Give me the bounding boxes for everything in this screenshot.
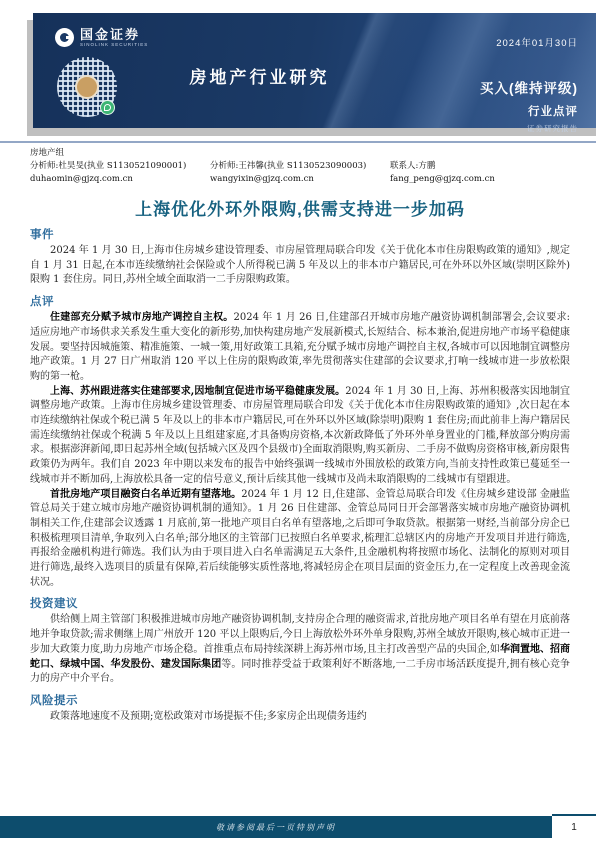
comment-paragraph-2: 上海、苏州跟进落实住建部要求,因地制宜促进市场平稳健康发展。2024 年 1 月…: [30, 385, 570, 488]
wechat-icon: [100, 100, 115, 115]
contact-person: 联系人:方鹏 fang_peng@gjzq.com.cn: [390, 160, 586, 186]
risk-paragraph: 政策落地速度不及预期;宽松政策对市场提振不佳;多家房企出现债务违约: [30, 710, 570, 725]
section-heading-event: 事件: [30, 226, 570, 242]
analyst-2: 分析师:王祎馨(执业 S1130523090003) wangyixin@gjz…: [210, 160, 390, 186]
brand: 国金证券 SINOLINK SECURITIES: [55, 28, 148, 48]
analyst-1-label: 分析师:杜昊旻(执业 S1130521090001): [30, 160, 210, 173]
paragraph-lead: 上海、苏州跟进落实住建部要求,因地制宜促进市场平稳健康发展。: [50, 386, 345, 397]
report-footer: 敬请参阅最后一页特别声明 1: [0, 814, 596, 838]
report-date: 2024年01月30日: [480, 35, 578, 49]
header-divider: [0, 141, 596, 143]
brand-name-en: SINOLINK SECURITIES: [80, 43, 148, 48]
section-heading-risk: 风险提示: [30, 692, 570, 708]
comment-paragraph-1: 住建部充分赋予城市房地产调控自主权。2024 年 1 月 26 日,住建部召开城…: [30, 311, 570, 385]
page-number: 1: [552, 814, 596, 838]
contact-label: 联系人:方鹏: [390, 160, 586, 173]
analyst-2-email: wangyixin@gjzq.com.cn: [210, 173, 390, 186]
analyst-block: 房地产组 分析师:杜昊旻(执业 S1130521090001) duhaomin…: [30, 147, 586, 186]
report-header: 国金证券 SINOLINK SECURITIES 房地产行业研究 2024年01…: [33, 13, 596, 128]
footer-disclaimer: 敬请参阅最后一页特别声明: [0, 816, 552, 838]
report-page: 国金证券 SINOLINK SECURITIES 房地产行业研究 2024年01…: [0, 0, 596, 842]
report-type: 行业点评: [480, 103, 578, 119]
section-heading-advice: 投资建议: [30, 595, 570, 611]
event-paragraph: 2024 年 1 月 30 日,上海市住房城乡建设管理委、市房屋管理局联合印发《…: [30, 244, 570, 288]
advice-paragraph: 供给侧上周主管部门积极推进城市房地产融资协调机制,支持房企合理的融资需求,首批房…: [30, 613, 570, 687]
report-body: 上海优化外环外限购,供需支持进一步加码 事件 2024 年 1 月 30 日,上…: [30, 195, 570, 725]
page-title: 上海优化外环外限购,供需支持进一步加码: [30, 195, 570, 220]
report-category: 证券研究报告: [480, 123, 578, 134]
section-heading-comment: 点评: [30, 293, 570, 309]
rating-label: 买入(维持评级): [480, 77, 578, 97]
report-title: 房地产行业研究: [33, 63, 486, 88]
brand-name: 国金证券: [80, 28, 148, 41]
analyst-1-email: duhaomin@gjzq.com.cn: [30, 173, 210, 186]
team-group-label: 房地产组: [30, 147, 586, 159]
paragraph-lead: 住建部充分赋予城市房地产调控自主权。: [50, 312, 233, 323]
analyst-2-label: 分析师:王祎馨(执业 S1130523090003): [210, 160, 390, 173]
contact-email: fang_peng@gjzq.com.cn: [390, 173, 586, 186]
sinolink-logo-icon: [55, 28, 74, 47]
analyst-1: 分析师:杜昊旻(执业 S1130521090001) duhaomin@gjzq…: [30, 160, 210, 186]
paragraph-lead: 首批房地产项目融资白名单近期有望落地。: [50, 489, 241, 500]
comment-paragraph-3: 首批房地产项目融资白名单近期有望落地。2024 年 1 月 12 日,住建部、金…: [30, 488, 570, 591]
